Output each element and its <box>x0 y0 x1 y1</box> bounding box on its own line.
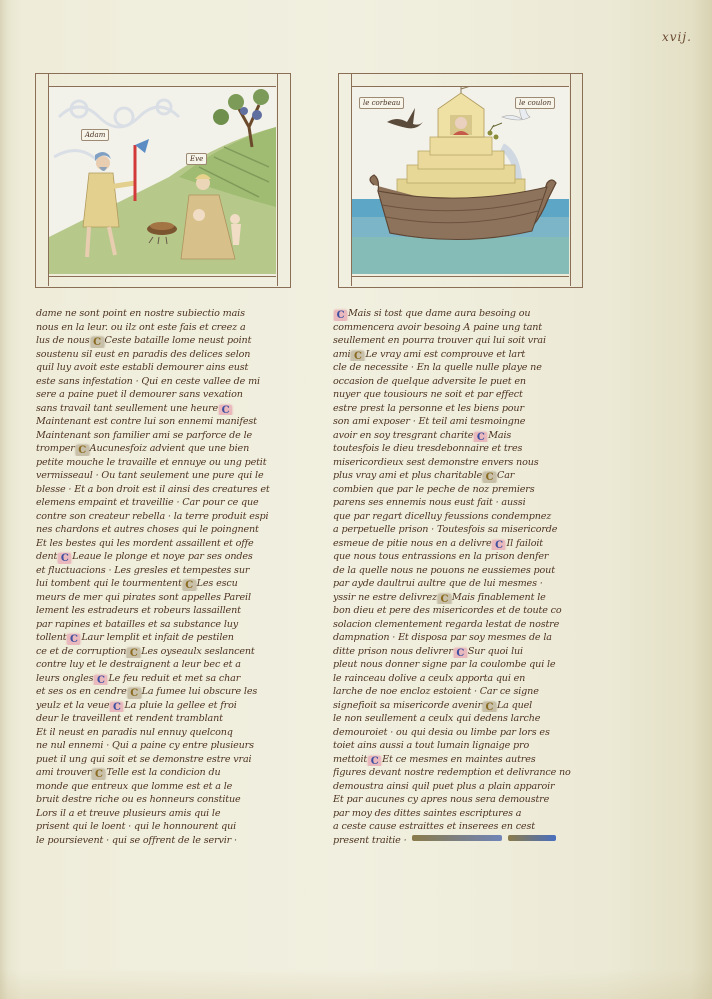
line-text: Mais <box>488 430 511 441</box>
illustration-frame-noahs-ark: le corbeau le coulon <box>338 73 583 288</box>
text-line: occasion de quelque adversite le puet en <box>333 375 603 389</box>
line-text: Et il neust en paradis nul ennuy quelcon… <box>36 727 233 738</box>
rubricated-initial: C <box>454 648 467 659</box>
gilded-initial: C <box>351 351 364 362</box>
text-line: par ayde daultrui aultre que de lui mesm… <box>333 577 603 591</box>
text-line: Et les bestes qui les mordent assaillent… <box>36 537 306 551</box>
text-line: esmeue de pitie nous en a delivreCIl fai… <box>333 537 603 551</box>
line-text: Mais finablement le <box>452 592 546 603</box>
line-text: quil luy avoit este establi demourer ain… <box>36 362 248 373</box>
text-line: Et par aucunes cy apres nous sera demous… <box>333 793 603 807</box>
line-text: esmeue de pitie nous en a delivre <box>333 538 491 549</box>
line-text: larche de noe encloz estoient · Car ce s… <box>333 686 539 697</box>
manuscript-page: xvij. <box>0 0 712 999</box>
illustration-frame-adam-eve: Adam Eve <box>35 73 291 288</box>
line-text: present traitie · <box>333 835 406 846</box>
line-text: ne nul ennemi · Qui a paine cy entre plu… <box>36 740 254 751</box>
gilded-initial: C <box>438 594 451 605</box>
text-line: parens ses ennemis nous eust fait · auss… <box>333 496 603 510</box>
line-text: de la quelle nous ne pouons ne eussiemes… <box>333 565 555 576</box>
line-text: La pluie la gellee et froi <box>124 700 236 711</box>
line-text: lui tombent qui le tourmentent <box>36 578 182 589</box>
text-line: que nous tous entrassions en la prison d… <box>333 550 603 564</box>
line-filler-gold <box>412 835 502 841</box>
rubricated-initial: C <box>368 756 381 767</box>
text-line: ami trouverCTelle est la condicion du <box>36 766 306 780</box>
rubricated-initial: C <box>492 540 505 551</box>
text-line: misericordieux sest demonstre envers nou… <box>333 456 603 470</box>
text-line: quil luy avoit este establi demourer ain… <box>36 361 306 375</box>
rubricated-initial: C <box>334 310 347 321</box>
line-text: soustenu sil eust en paradis des delices… <box>36 349 250 360</box>
line-text: La fumee lui obscure les <box>142 686 258 697</box>
line-text: bruit destre riche ou es honneurs consti… <box>36 794 241 805</box>
line-text: Car <box>497 470 514 481</box>
text-line: ce et de corruptionCLes oyseaulx seslanc… <box>36 645 306 659</box>
line-text: demouroiet · ou qui desia ou limbe par l… <box>333 727 550 738</box>
line-text: ditte prison nous delivrer <box>333 646 453 657</box>
line-text: pleut nous donner signe par la coulombe … <box>333 659 555 670</box>
line-text: mettoit <box>333 754 367 765</box>
line-text: parens ses ennemis nous eust fait · auss… <box>333 497 526 508</box>
line-text: Sur quoi lui <box>468 646 523 657</box>
text-line: blesse · Et a bon droit est il ainsi des… <box>36 483 306 497</box>
text-line: contre luy et le destraignent a leur bec… <box>36 658 306 672</box>
text-line: cle de necessite · En la quelle nulle pl… <box>333 361 603 375</box>
text-column-right: CMais si tost que dame aura besoing ouco… <box>333 307 603 847</box>
text-line: este sans infestation · Qui en ceste val… <box>36 375 306 389</box>
text-line: bon dieu et pere des misericordes et de … <box>333 604 603 618</box>
line-text: signefioit sa misericorde avenir <box>333 700 482 711</box>
rubricated-initial: C <box>67 634 80 645</box>
line-text: Mais si tost que dame aura besoing ou <box>348 308 530 319</box>
text-line: demoustra ainsi quil puet plus a plain a… <box>333 780 603 794</box>
line-text: cle de necessite · En la quelle nulle pl… <box>333 362 542 373</box>
text-line: solacion clementement regarda lestat de … <box>333 618 603 632</box>
text-line: ne nul ennemi · Qui a paine cy entre plu… <box>36 739 306 753</box>
line-text: occasion de quelque adversite le puet en <box>333 376 526 387</box>
text-line: lui tombent qui le tourmententCLes escu <box>36 577 306 591</box>
line-text: par rapines et batailles et sa substance… <box>36 619 238 630</box>
text-line: lus de nousCCeste bataille lome neust po… <box>36 334 306 348</box>
line-text: Il failoit <box>506 538 543 549</box>
line-text: seullement en pourra trouver qui lui soi… <box>333 335 546 346</box>
text-line: dampnation · Et disposa par soy mesmes d… <box>333 631 603 645</box>
text-line: monde que entreux que lomme est et a le <box>36 780 306 794</box>
line-text: contre luy et le destraignent a leur bec… <box>36 659 241 670</box>
text-line: toutesfois le dieu tresdebonnaire et tre… <box>333 442 603 456</box>
text-line: dentCLeaue le plonge et noye par ses ond… <box>36 550 306 564</box>
text-line: le non seullement a ceulx qui dedens lar… <box>333 712 603 726</box>
line-text: tromper <box>36 443 75 454</box>
line-text: figures devant nostre redemption et deli… <box>333 767 571 778</box>
line-text: a perpetuelle prison · Toutesfois sa mis… <box>333 524 557 535</box>
text-line: CMais si tost que dame aura besoing ou <box>333 307 603 321</box>
text-line: vermisseaul · Ou tant seulement une pure… <box>36 469 306 483</box>
line-text: avoir en soy tresgrant charite <box>333 430 473 441</box>
line-text: ce et de corruption <box>36 646 126 657</box>
text-line: seullement en pourra trouver qui lui soi… <box>333 334 603 348</box>
gilded-initial: C <box>128 688 141 699</box>
line-text: lement les estradeurs et robeurs lassail… <box>36 605 241 616</box>
line-text: par moy des dittes saintes escriptures a <box>333 808 521 819</box>
folio-number: xvij. <box>662 30 692 44</box>
rubricated-initial: C <box>474 432 487 443</box>
line-text: demoustra ainsi quil puet plus a plain a… <box>333 781 554 792</box>
line-text: Laur lemplit et infait de pestilen <box>81 632 233 643</box>
text-line: present traitie · <box>333 834 603 848</box>
text-line: Maintenant son familier ami se parforce … <box>36 429 306 443</box>
line-text: leurs ongles <box>36 673 93 684</box>
text-line: mettoitCEt ce mesmes en maintes autres <box>333 753 603 767</box>
text-line: le rainceau dolive a ceulx apporta qui e… <box>333 672 603 686</box>
line-text: commencera avoir besoing A paine ung tan… <box>333 322 542 333</box>
text-line: sans travail tant seullement une heureC <box>36 402 306 416</box>
line-text: este sans infestation · Qui en ceste val… <box>36 376 260 387</box>
line-text: misericordieux sest demonstre envers nou… <box>333 457 539 468</box>
line-text: et fluctuacions · Les gresles et tempest… <box>36 565 249 576</box>
line-text: puet il ung qui soit et se demonstre est… <box>36 754 251 765</box>
text-line: meurs de mer qui pirates sont appelles P… <box>36 591 306 605</box>
line-text: La quel <box>497 700 532 711</box>
line-text: Et les bestes qui les mordent assaillent… <box>36 538 254 549</box>
gilded-initial: C <box>92 769 105 780</box>
line-text: Aucunesfoiz advient que une bien <box>90 443 249 454</box>
text-line: deur le traveillent et rendent tramblant <box>36 712 306 726</box>
text-line: dame ne sont point en nostre subiectio m… <box>36 307 306 321</box>
label-eve: Eve <box>186 153 207 165</box>
line-text: dampnation · Et disposa par soy mesmes d… <box>333 632 552 643</box>
line-text: sans travail tant seullement une heure <box>36 403 218 414</box>
text-line: que par regart dicelluy feussions condem… <box>333 510 603 524</box>
line-text: nes chardons et autres choses qui le poi… <box>36 524 259 535</box>
line-text: Telle est la condicion du <box>106 767 220 778</box>
text-line: a ceste cause estraittes et inserees en … <box>333 820 603 834</box>
adam-eve-painting <box>49 87 276 274</box>
text-line: leurs onglesCLe feu reduit et met sa cha… <box>36 672 306 686</box>
line-text: Leaue le plonge et noye par ses ondes <box>72 551 252 562</box>
line-text: par ayde daultrui aultre que de lui mesm… <box>333 578 543 589</box>
line-text: ami trouver <box>36 767 91 778</box>
text-line: ditte prison nous delivrerCSur quoi lui <box>333 645 603 659</box>
text-line: nuyer que tousiours ne soit et par effec… <box>333 388 603 402</box>
line-text: le poursievent · qui se offrent de le se… <box>36 835 237 846</box>
line-text: elemens empaint et traveillie · Car pour… <box>36 497 259 508</box>
text-line: tromperCAucunesfoiz advient que une bien <box>36 442 306 456</box>
line-text: Maintenant est contre lui son ennemi man… <box>36 416 257 427</box>
line-text: petite mouche le travaille et ennuye ou … <box>36 457 266 468</box>
gilded-initial: C <box>483 702 496 713</box>
text-line: estre prest la personne et les biens pou… <box>333 402 603 416</box>
text-line: amiCLe vray ami est comprouve et lart <box>333 348 603 362</box>
line-text: le rainceau dolive a ceulx apporta qui e… <box>333 673 525 684</box>
line-text: Ceste bataille lome neust point <box>105 335 252 346</box>
text-line: nous en la leur. ou ilz ont este fais et… <box>36 321 306 335</box>
line-text: lus de nous <box>36 335 90 346</box>
gilded-initial: C <box>483 472 496 483</box>
line-text: vermisseaul · Ou tant seulement une pure… <box>36 470 263 481</box>
text-line: combien que par le peche de noz premiers <box>333 483 603 497</box>
line-text: dame ne sont point en nostre subiectio m… <box>36 308 245 319</box>
text-line: lement les estradeurs et robeurs lassail… <box>36 604 306 618</box>
line-text: nous en la leur. ou ilz ont este fais et… <box>36 322 246 333</box>
line-text: Lors il a et treuve plusieurs amis qui l… <box>36 808 220 819</box>
text-line: son ami exposer · Et teil ami tesmoingne <box>333 415 603 429</box>
line-text: son ami exposer · Et teil ami tesmoingne <box>333 416 525 427</box>
label-raven: le corbeau <box>359 97 404 109</box>
line-text: yeulz et la veue <box>36 700 109 711</box>
noahs-ark-painting <box>352 87 569 274</box>
text-line: avoir en soy tresgrant chariteCMais <box>333 429 603 443</box>
line-text: deur le traveillent et rendent tramblant <box>36 713 223 724</box>
text-line: puet il ung qui soit et se demonstre est… <box>36 753 306 767</box>
line-text: Le vray ami est comprouve et lart <box>365 349 525 360</box>
line-text: tollent <box>36 632 66 643</box>
line-text: et ses os en cendre <box>36 686 127 697</box>
text-line: signefioit sa misericorde avenirCLa quel <box>333 699 603 713</box>
text-line: sere a paine puet il demourer sans vexat… <box>36 388 306 402</box>
line-text: ami <box>333 349 350 360</box>
rubricated-initial: C <box>94 675 107 686</box>
line-text: a ceste cause estraittes et inserees en … <box>333 821 535 832</box>
line-text: le non seullement a ceulx qui dedens lar… <box>333 713 540 724</box>
line-text: monde que entreux que lomme est et a le <box>36 781 232 792</box>
line-text: dent <box>36 551 57 562</box>
line-filler-blue <box>508 835 556 841</box>
text-line: de la quelle nous ne pouons ne eussiemes… <box>333 564 603 578</box>
text-line: petite mouche le travaille et ennuye ou … <box>36 456 306 470</box>
line-text: toutesfois le dieu tresdebonnaire et tre… <box>333 443 522 454</box>
text-column-left: dame ne sont point en nostre subiectio m… <box>36 307 306 847</box>
line-text: Les escu <box>197 578 238 589</box>
line-text: prisent qui le loent · qui le honnourent… <box>36 821 236 832</box>
line-text: Et ce mesmes en maintes autres <box>382 754 535 765</box>
line-text: yssir ne estre delivrez <box>333 592 437 603</box>
rubricated-initial: C <box>110 702 123 713</box>
text-line: toiet ains aussi a tout lumain lignaige … <box>333 739 603 753</box>
text-line: pleut nous donner signe par la coulombe … <box>333 658 603 672</box>
line-text: nuyer que tousiours ne soit et par effec… <box>333 389 523 400</box>
line-text: contre son createur rebella · la terre p… <box>36 511 268 522</box>
illustration-adam-eve: Adam Eve <box>49 87 276 274</box>
text-line: a perpetuelle prison · Toutesfois sa mis… <box>333 523 603 537</box>
line-text: estre prest la personne et les biens pou… <box>333 403 524 414</box>
rubricated-initial: C <box>219 405 232 416</box>
illustration-noahs-ark: le corbeau le coulon <box>352 87 569 274</box>
gilded-initial: C <box>183 580 196 591</box>
text-line: commencera avoir besoing A paine ung tan… <box>333 321 603 335</box>
line-text: Le feu reduit et met sa char <box>108 673 240 684</box>
label-dove: le coulon <box>515 97 555 109</box>
rubricated-initial: C <box>58 553 71 564</box>
line-text: toiet ains aussi a tout lumain lignaige … <box>333 740 529 751</box>
text-line: figures devant nostre redemption et deli… <box>333 766 603 780</box>
text-line: yssir ne estre delivrezCMais finablement… <box>333 591 603 605</box>
line-text: Maintenant son familier ami se parforce … <box>36 430 252 441</box>
text-line: contre son createur rebella · la terre p… <box>36 510 306 524</box>
text-line: elemens empaint et traveillie · Car pour… <box>36 496 306 510</box>
text-line: et fluctuacions · Les gresles et tempest… <box>36 564 306 578</box>
line-text: que nous tous entrassions en la prison d… <box>333 551 548 562</box>
text-line: prisent qui le loent · qui le honnourent… <box>36 820 306 834</box>
line-text: meurs de mer qui pirates sont appelles P… <box>36 592 251 603</box>
line-text: blesse · Et a bon droit est il ainsi des… <box>36 484 270 495</box>
text-line: par moy des dittes saintes escriptures a <box>333 807 603 821</box>
line-text: Et par aucunes cy apres nous sera demous… <box>333 794 549 805</box>
line-text: sere a paine puet il demourer sans vexat… <box>36 389 243 400</box>
text-line: yeulz et la veueCLa pluie la gellee et f… <box>36 699 306 713</box>
gilded-initial: C <box>76 445 89 456</box>
line-text: bon dieu et pere des misericordes et de … <box>333 605 562 616</box>
text-line: le poursievent · qui se offrent de le se… <box>36 834 306 848</box>
line-text: que par regart dicelluy feussions condem… <box>333 511 551 522</box>
line-text: plus vray ami et plus charitable <box>333 470 482 481</box>
text-line: Lors il a et treuve plusieurs amis qui l… <box>36 807 306 821</box>
text-line: plus vray ami et plus charitableCCar <box>333 469 603 483</box>
text-line: bruit destre riche ou es honneurs consti… <box>36 793 306 807</box>
text-line: et ses os en cendreCLa fumee lui obscure… <box>36 685 306 699</box>
gilded-initial: C <box>127 648 140 659</box>
label-adam: Adam <box>81 129 109 141</box>
line-text: combien que par le peche de noz premiers <box>333 484 534 495</box>
text-line: Et il neust en paradis nul ennuy quelcon… <box>36 726 306 740</box>
text-line: larche de noe encloz estoient · Car ce s… <box>333 685 603 699</box>
text-line: nes chardons et autres choses qui le poi… <box>36 523 306 537</box>
text-line: par rapines et batailles et sa substance… <box>36 618 306 632</box>
line-text: Les oyseaulx seslancent <box>141 646 254 657</box>
text-line: demouroiet · ou qui desia ou limbe par l… <box>333 726 603 740</box>
gilded-initial: C <box>91 337 104 348</box>
text-line: tollentCLaur lemplit et infait de pestil… <box>36 631 306 645</box>
text-line: soustenu sil eust en paradis des delices… <box>36 348 306 362</box>
text-line: Maintenant est contre lui son ennemi man… <box>36 415 306 429</box>
line-text: solacion clementement regarda lestat de … <box>333 619 559 630</box>
